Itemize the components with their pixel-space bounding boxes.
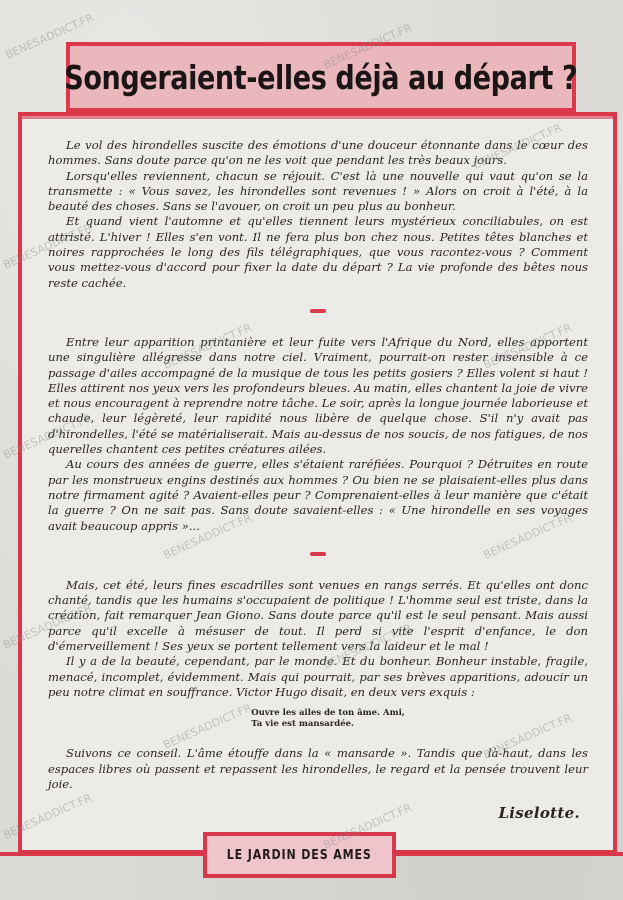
- paragraph: Le vol des hirondelles suscite des émoti…: [48, 138, 588, 169]
- title-banner: Songeraient-elles déjà au départ ?: [66, 42, 576, 112]
- paragraph: Il y a de la beauté, cependant, par le m…: [48, 654, 588, 700]
- section-2: Entre leur apparition printanière et leu…: [48, 335, 588, 534]
- paragraph: Suivons ce conseil. L'âme étouffe dans l…: [48, 746, 588, 792]
- section-1: Le vol des hirondelles suscite des émoti…: [48, 138, 588, 291]
- poem-quote: Ouvre les ailes de ton âme. Ami, Ta vie …: [48, 708, 588, 730]
- section-separator: [310, 309, 326, 313]
- paragraph: Lorsqu'elles reviennent, chacun se réjou…: [48, 169, 588, 215]
- paragraph: Mais, cet été, leurs fines escadrilles s…: [48, 578, 588, 654]
- quote-line: Ta vie est mansardée.: [251, 719, 354, 729]
- quote-line: Ouvre les ailes de ton âme. Ami,: [251, 708, 405, 718]
- paragraph: Entre leur apparition printanière et leu…: [48, 335, 588, 457]
- footer-banner: LE JARDIN DES AMES: [203, 832, 396, 878]
- section-4: Suivons ce conseil. L'âme étouffe dans l…: [48, 746, 588, 792]
- section-3: Mais, cet été, leurs fines escadrilles s…: [48, 578, 588, 700]
- author-signature: Liselotte.: [48, 806, 588, 821]
- section-separator: [310, 552, 326, 556]
- page-title: Songeraient-elles déjà au départ ?: [65, 58, 578, 97]
- paragraph: Et quand vient l'automne et qu'elles tie…: [48, 214, 588, 290]
- article-body: Le vol des hirondelles suscite des émoti…: [48, 138, 588, 821]
- column-label: LE JARDIN DES AMES: [227, 848, 372, 863]
- paragraph: Au cours des années de guerre, elles s'é…: [48, 457, 588, 533]
